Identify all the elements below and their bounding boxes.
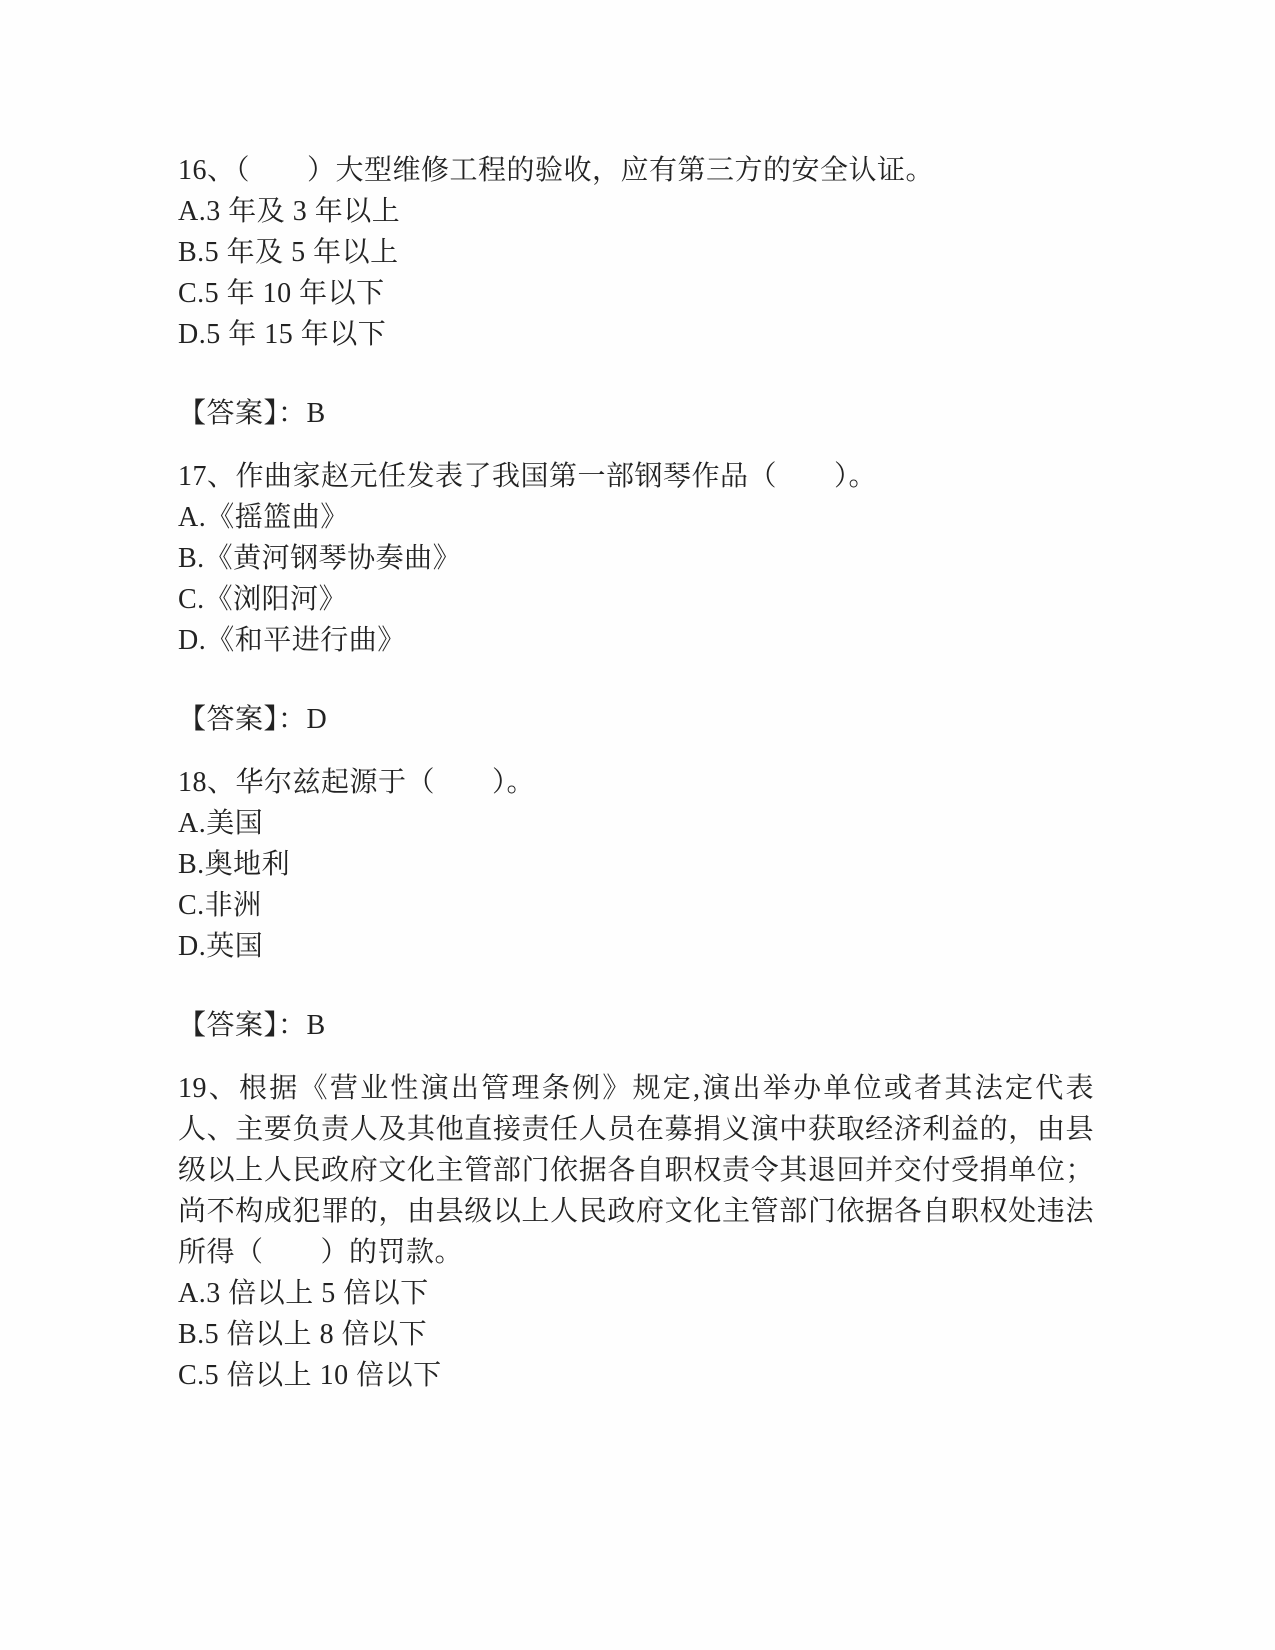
- question-18-option-d: D.英国: [178, 926, 1094, 967]
- question-16-stem: 16、（ ）大型维修工程的验收，应有第三方的安全认证。: [178, 150, 1094, 191]
- question-17-answer: 【答案】：D: [178, 699, 1094, 740]
- question-19-option-a: A.3 倍以上 5 倍以下: [178, 1273, 1094, 1314]
- question-18-option-a: A.美国: [178, 803, 1094, 844]
- question-16-option-d: D.5 年 15 年以下: [178, 314, 1094, 355]
- question-19-stem: 19、根据《营业性演出管理条例》规定,演出举办单位或者其法定代表人、主要负责人及…: [178, 1068, 1094, 1273]
- question-16-option-c: C.5 年 10 年以下: [178, 273, 1094, 314]
- question-17-option-b: B.《黄河钢琴协奏曲》: [178, 538, 1094, 579]
- question-18-stem: 18、华尔兹起源于（ ）。: [178, 762, 1094, 803]
- exam-document-page: 16、（ ）大型维修工程的验收，应有第三方的安全认证。 A.3 年及 3 年以上…: [0, 0, 1275, 1650]
- question-18-option-c: C.非洲: [178, 885, 1094, 926]
- question-17-option-c: C.《浏阳河》: [178, 579, 1094, 620]
- question-18-answer: 【答案】：B: [178, 1005, 1094, 1046]
- question-17-option-a: A.《摇篮曲》: [178, 497, 1094, 538]
- question-16-block: 16、（ ）大型维修工程的验收，应有第三方的安全认证。 A.3 年及 3 年以上…: [178, 150, 1094, 434]
- exam-content: 16、（ ）大型维修工程的验收，应有第三方的安全认证。 A.3 年及 3 年以上…: [178, 150, 1094, 1396]
- question-18-block: 18、华尔兹起源于（ ）。 A.美国 B.奥地利 C.非洲 D.英国 【答案】：…: [178, 762, 1094, 1046]
- question-18-option-b: B.奥地利: [178, 844, 1094, 885]
- question-17-stem: 17、作曲家赵元任发表了我国第一部钢琴作品（ ）。: [178, 456, 1094, 497]
- question-16-option-b: B.5 年及 5 年以上: [178, 232, 1094, 273]
- question-19-option-c: C.5 倍以上 10 倍以下: [178, 1355, 1094, 1396]
- question-17-option-d: D.《和平进行曲》: [178, 620, 1094, 661]
- question-19-block: 19、根据《营业性演出管理条例》规定,演出举办单位或者其法定代表人、主要负责人及…: [178, 1068, 1094, 1396]
- question-19-option-b: B.5 倍以上 8 倍以下: [178, 1314, 1094, 1355]
- question-16-answer: 【答案】：B: [178, 393, 1094, 434]
- question-16-option-a: A.3 年及 3 年以上: [178, 191, 1094, 232]
- question-17-block: 17、作曲家赵元任发表了我国第一部钢琴作品（ ）。 A.《摇篮曲》 B.《黄河钢…: [178, 456, 1094, 740]
